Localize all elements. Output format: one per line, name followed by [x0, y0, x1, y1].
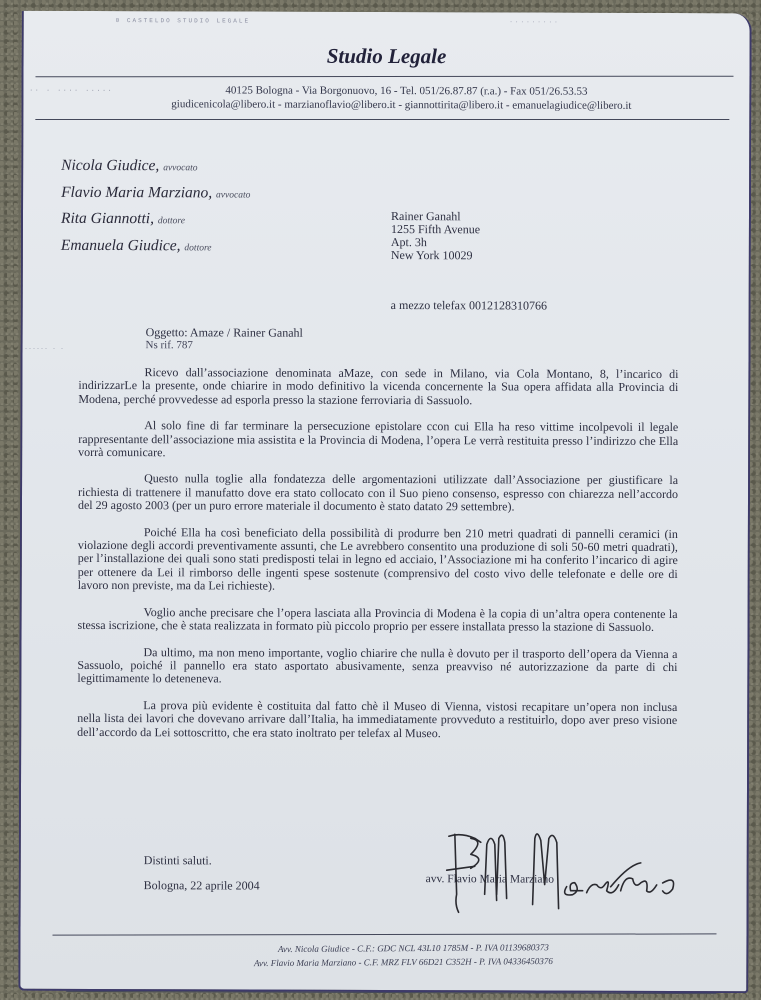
lawyer-name: Emanuela Giudice,: [61, 236, 181, 253]
footer-rule: [52, 933, 716, 935]
footer-line-2: Avv. Flavio Maria Marziano - C.F. MRZ FL…: [60, 955, 746, 970]
lawyers-list: Nicola Giudice, avvocato Flavio Maria Ma…: [61, 157, 251, 264]
paragraph: Da ultimo, ma non meno importante, vogli…: [77, 645, 677, 687]
reference-number: Ns rif. 787: [146, 339, 303, 353]
paragraph: Poiché Ella ha così beneficiato della po…: [78, 526, 678, 595]
firm-name: Studio Legale: [24, 43, 750, 71]
footer-line-1: Avv. Nicola Giudice - C.F.: GDC NCL 43L1…: [80, 941, 746, 956]
paragraph: Questo nulla toglie alla fondatezza dell…: [78, 472, 678, 514]
paragraph: Voglio anche precisare che l’opera lasci…: [78, 606, 678, 635]
subject-block: Oggetto: Amaze / Rainer Ganahl Ns rif. 7…: [146, 326, 303, 353]
delivery-method: a mezzo telefax 0012128310766: [391, 298, 547, 314]
firm-emails: giudicenicola@libero.it - marzianoflavio…: [53, 98, 749, 112]
lawyer-entry: Rita Giannotti, dottore: [61, 210, 250, 237]
handwritten-signature: [441, 824, 701, 925]
salutation: Distinti saluti.: [144, 853, 212, 868]
firm-address: 40125 Bologna - Via Borgonuovo, 16 - Tel…: [63, 84, 749, 98]
lawyer-role: avvocato: [216, 190, 250, 200]
recipient-address: Rainer Ganahl 1255 Fifth Avenue Apt. 3h …: [391, 210, 480, 262]
letterhead-top-rule: [35, 76, 733, 78]
lawyer-name: Flavio Maria Marziano,: [61, 183, 212, 201]
page-bottom-rule: [66, 991, 716, 994]
paragraph: Ricevo dall’associazione denominata aMaz…: [78, 366, 678, 408]
place-date: Bologna, 22 aprile 2004: [144, 878, 260, 893]
fax-transmission-header: 0 CASTELDO STUDIO LEGALE: [116, 17, 250, 24]
paragraph: Al solo fine di far terminare la persecu…: [78, 419, 678, 461]
lawyer-name: Rita Giannotti,: [61, 210, 154, 227]
paragraph: La prova più evidente è costituita dal f…: [77, 699, 677, 741]
letterhead-bottom-rule: [35, 119, 729, 120]
lawyer-entry: Flavio Maria Marziano, avvocato: [61, 183, 250, 210]
margin-mark: ······ · ·: [25, 346, 65, 352]
lawyer-name: Nicola Giudice,: [61, 157, 159, 174]
lawyer-role: dottore: [158, 216, 185, 226]
letter-page: 0 CASTELDO STUDIO LEGALE ········· Studi…: [18, 11, 751, 994]
lawyer-entry: Nicola Giudice, avvocato: [61, 157, 250, 184]
lawyer-role: dottore: [184, 243, 211, 253]
lawyer-entry: Emanuela Giudice, dottore: [61, 236, 250, 263]
subject-line: Oggetto: Amaze / Rainer Ganahl: [146, 326, 303, 340]
lawyer-role: avvocato: [163, 163, 197, 173]
fax-transmission-header-right: ·········: [509, 18, 559, 25]
letter-body: Ricevo dall’associazione denominata aMaz…: [77, 366, 678, 754]
recipient-city: New York 10029: [391, 249, 480, 262]
